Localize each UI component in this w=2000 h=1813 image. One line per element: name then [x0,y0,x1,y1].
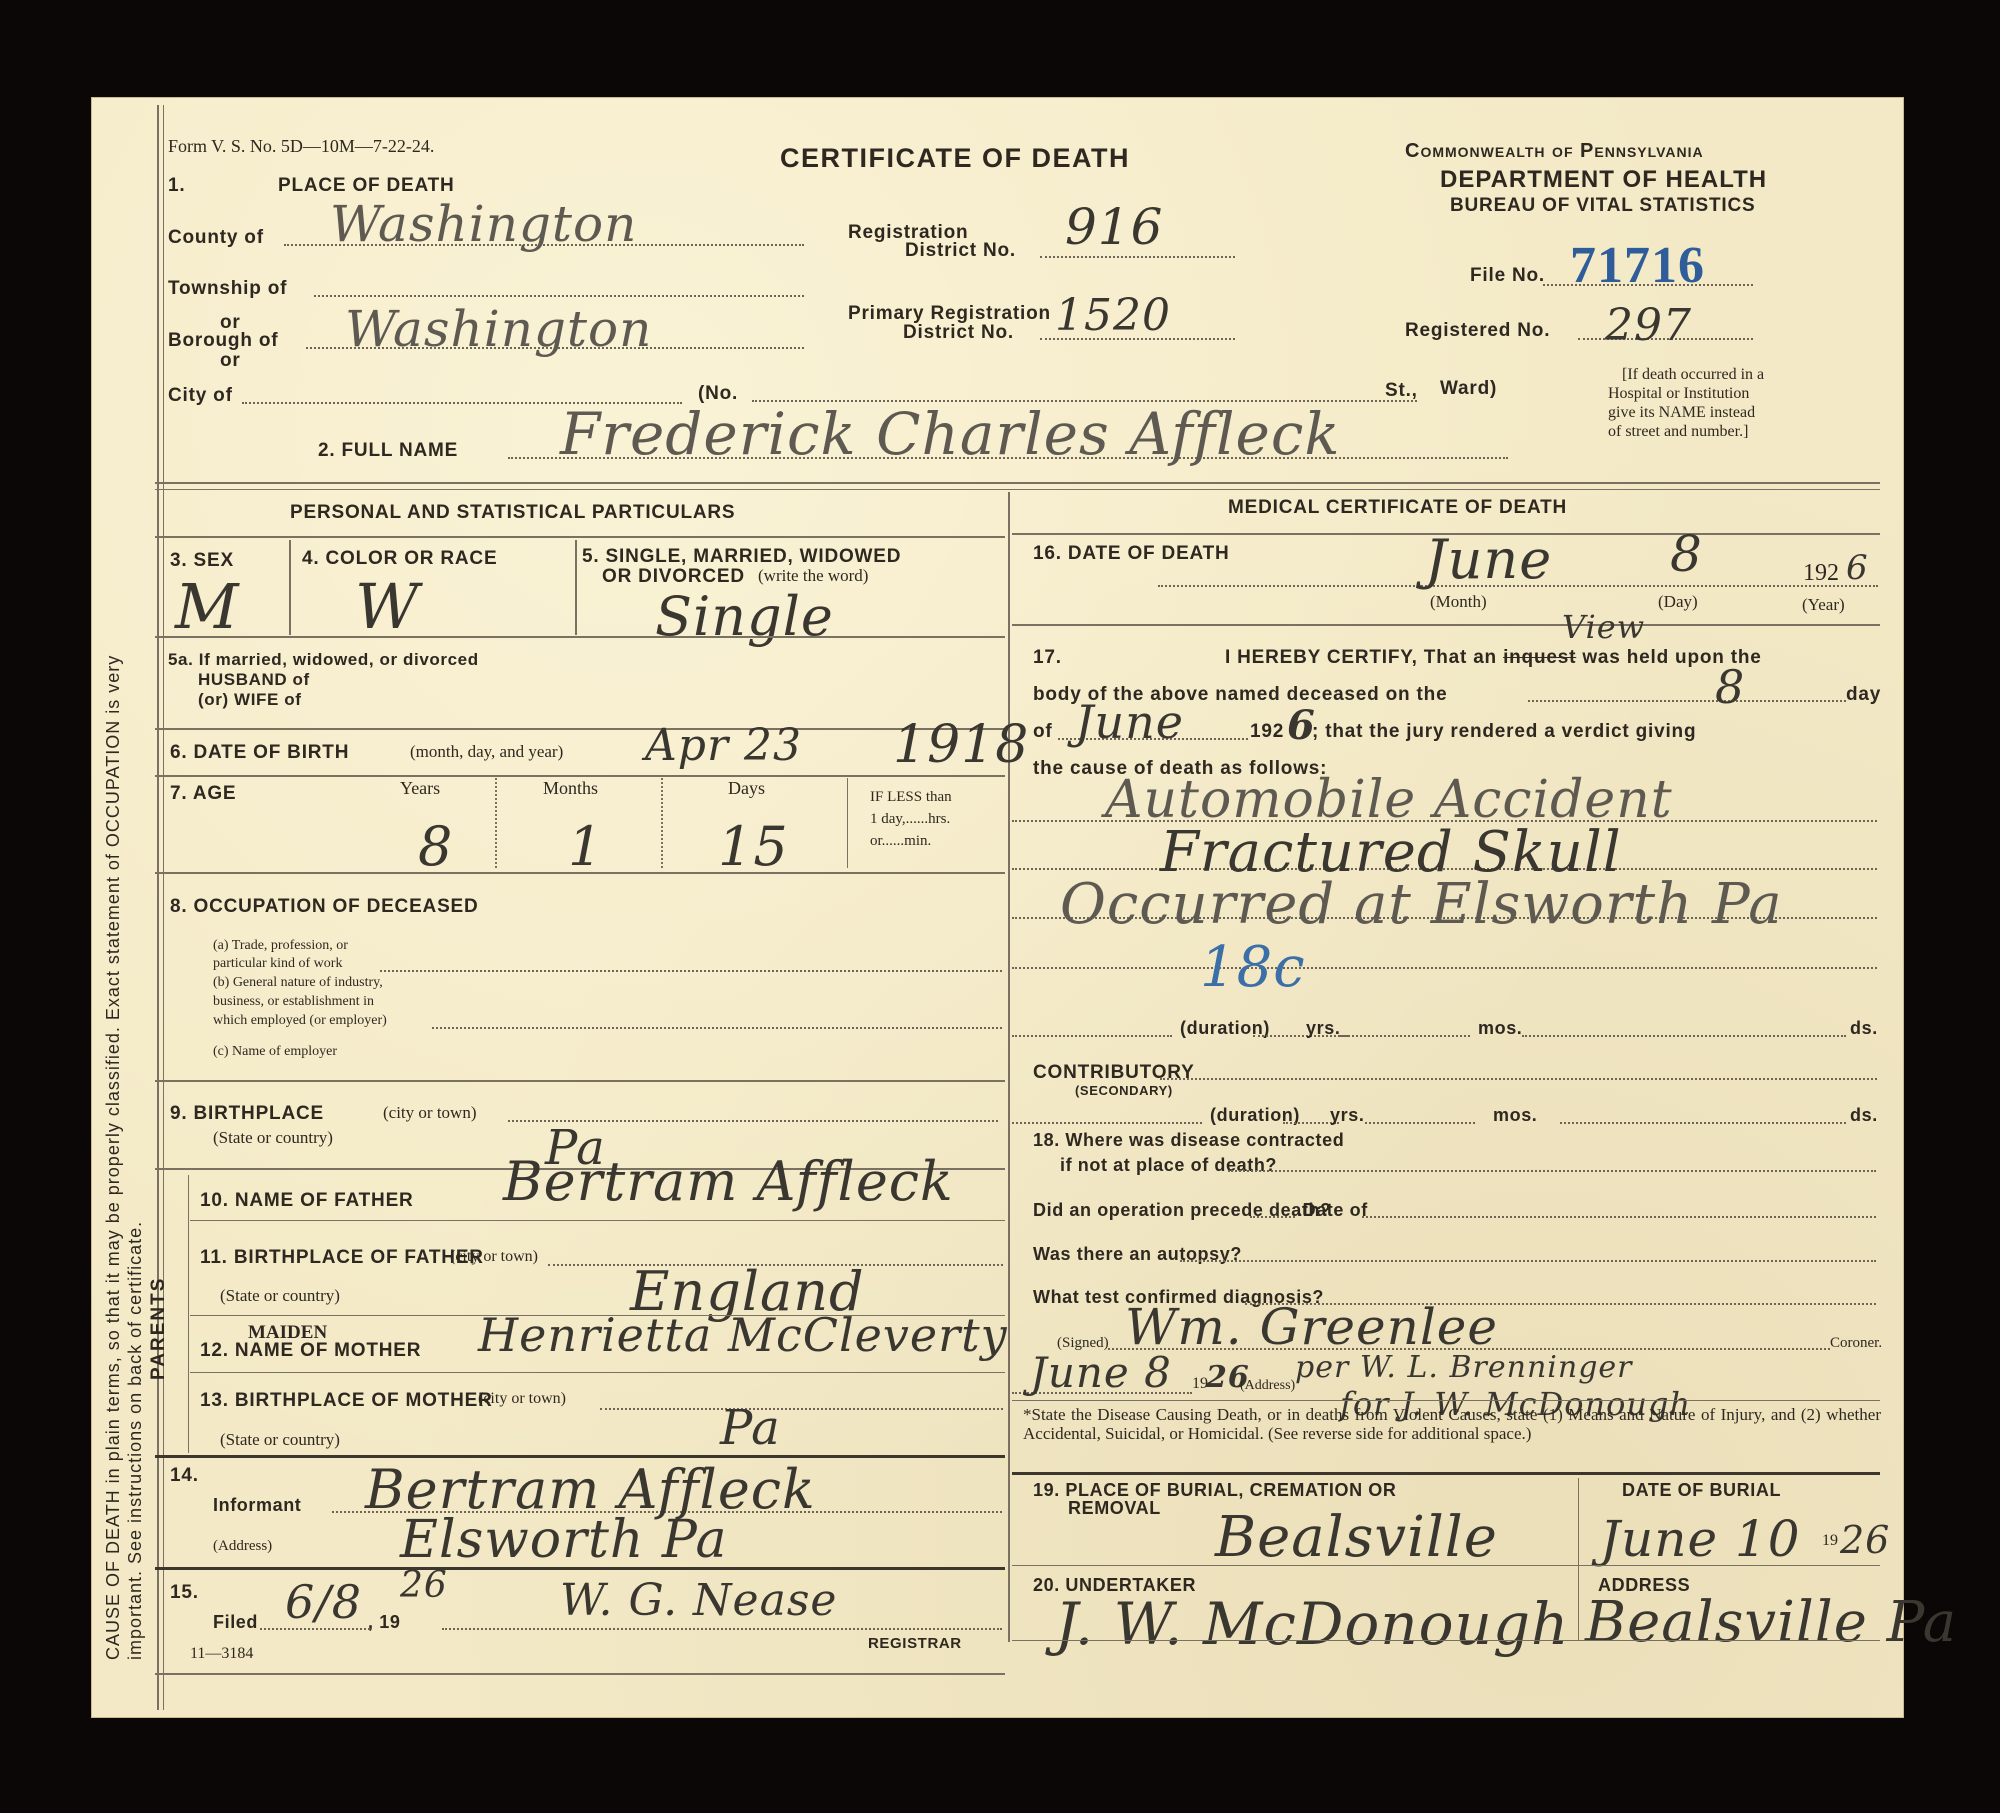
undertaker-rule [1012,1640,1880,1641]
hospital-note: [If death occurred in a Hospital or Inst… [1608,365,1764,441]
parents-side-label: PARENTS [148,1277,170,1380]
dob-month-day: Apr 23 [645,720,802,771]
cause-value-3: Occurred at Elsworth Pa [1060,872,1783,937]
form-number: Form V. S. No. 5D—10M—7-22-24. [168,136,434,157]
father-label: 10. NAME OF FATHER [200,1190,414,1212]
occupation-rule [155,1080,1005,1082]
print-code: 11—3184 [190,1645,253,1663]
county-value: Washington [330,195,637,253]
mother-bp-state-hint: (State or country) [220,1430,340,1450]
registered-no-value: 297 [1605,300,1692,351]
header-rule-2 [155,489,1880,490]
sex-value: M [175,570,239,643]
margin-line-2: important. See instructions on back of c… [124,160,146,1660]
body-day-line [1528,700,1846,702]
filed-date-value: 6/8 [285,1575,362,1629]
burial-date-value: June 10 [1600,1510,1801,1568]
medical-heading: MEDICAL CERTIFICATE OF DEATH [1228,497,1567,519]
ward-label: Ward) [1440,378,1497,400]
age-less-2: 1 day,......hrs. [870,810,950,828]
undertaker-address-value: Bealsville Pa [1585,1590,1957,1655]
birthplace-label: 9. BIRTHPLACE [170,1103,324,1125]
death-day-value: 8 [1670,525,1703,583]
hospital-note-1: [If death occurred in a [1608,365,1764,384]
mother-bp-value: Pa [720,1400,781,1456]
cause-line-4 [1012,967,1877,969]
race-value: W [355,570,420,643]
spouse-rule [155,728,1005,730]
marital-label-1: 5. SINGLE, MARRIED, WIDOWED [582,546,901,568]
spouse-label-3: (or) WIFE of [198,690,302,710]
yrs-label-1: yrs. [1306,1018,1340,1039]
parents-divider [188,1175,189,1453]
footnote-rule [1012,1472,1880,1475]
age-years-label: Years [400,778,440,799]
filed-number: 15. [170,1582,199,1604]
filed-label: Filed [213,1612,258,1633]
burial-divider [1578,1478,1579,1640]
age-months-label: Months [543,778,598,799]
autopsy-line [1180,1260,1876,1262]
occupation-b-line [432,1027,1002,1029]
q18-line [1228,1170,1876,1172]
borough-value: Washington [345,300,652,358]
dob-label: 6. DATE OF BIRTH [170,742,349,764]
age-less-1: IF LESS than [870,788,952,806]
age-days-value: 15 [718,815,789,878]
hospital-note-3: give its NAME instead [1608,403,1764,422]
occupation-b-1: (b) General nature of industry, [213,974,383,992]
registration-district-label-2: District No. [905,240,1016,262]
age-divider-1 [495,778,497,868]
registration-district-line [1040,256,1235,258]
age-divider-2 [661,778,663,868]
registered-no-label: Registered No. [1405,320,1550,342]
primary-district-label-2: District No. [903,322,1014,344]
burial-rule [1012,1565,1880,1566]
filed-year-value: 26 [400,1565,448,1606]
occupation-b-3: which employed (or employer) [213,1012,387,1030]
street-label: St., [1385,380,1418,402]
file-no-label: File No. [1470,265,1545,287]
cause-code: 18c [1200,935,1306,1000]
signed-address-label: (Address) [1240,1378,1295,1394]
informant-address-value: Elsworth Pa [400,1510,728,1570]
certify-inserted-word: View [1562,608,1645,646]
county-label: County of [168,227,264,249]
dob-rule [155,775,1005,777]
spouse-label-2: HUSBAND of [198,670,310,690]
township-label: Township of [168,278,287,300]
sex-row-rule [155,636,1005,638]
occupation-c: (c) Name of employer [213,1043,337,1061]
age-divider-3 [847,778,848,868]
of-year-prefix: 192 [1250,721,1284,743]
mother-bp-hint: (city or town) [478,1390,566,1408]
informant-number: 14. [170,1465,199,1487]
spouse-label-1: 5a. If married, widowed, or divorced [168,650,479,670]
signed-date-value: June 8 [1030,1348,1172,1397]
file-no-stamp: 71716 [1570,236,1705,295]
hospital-note-2: Hospital or Institution [1608,384,1764,403]
hospital-note-4: of street and number.] [1608,422,1764,441]
occupation-a-line [380,970,1002,972]
burial-place-label-2: REMOVAL [1068,1498,1161,1519]
mother-bp-label: 13. BIRTHPLACE OF MOTHER [200,1390,493,1412]
margin-instructions: CAUSE OF DEATH in plain terms, so that i… [102,160,146,1660]
sex-label: 3. SEX [170,550,234,572]
duration-line-2c [1365,1122,1475,1124]
full-name-label: 2. FULL NAME [318,440,458,462]
township-line [314,295,804,297]
contributory-label: CONTRIBUTORY [1033,1062,1195,1084]
registrar-label: REGISTRAR [868,1635,962,1652]
verdict-text: ; that the jury rendered a verdict givin… [1312,721,1696,743]
body-day-value: 8 [1715,660,1745,714]
duration-line-2d [1560,1122,1846,1124]
or-label-2: or [220,350,241,372]
birthplace-hint: (city or town) [383,1103,476,1123]
death-year-prefix: 192 [1803,560,1839,587]
duration-line-1a [1012,1035,1172,1037]
sex-divider [289,540,291,635]
duration-line-1d [1522,1035,1846,1037]
age-rule [155,872,1005,874]
signed-rule [1012,1400,1880,1401]
mother-rule [190,1372,1005,1373]
occupation-a-1: (a) Trade, profession, or [213,937,348,955]
certificate-title: CERTIFICATE OF DEATH [780,143,1130,174]
age-months-value: 1 [568,815,603,878]
coroner-label: Coroner. [1830,1335,1882,1352]
filed-rule [155,1673,1005,1675]
undertaker-value: J. W. McDonough [1055,1590,1569,1658]
primary-district-value: 1520 [1055,290,1171,341]
personal-heading: PERSONAL AND STATISTICAL PARTICULARS [290,502,735,524]
mother-bp-line [600,1408,1003,1410]
commonwealth-text: Commonwealth of Pennsylvania [1405,140,1704,162]
mother-label: 12. NAME OF MOTHER [200,1340,421,1362]
marital-hint: (write the word) [758,566,868,586]
burial-year-value: 26 [1840,1518,1890,1562]
full-name-value: Frederick Charles Affleck [560,400,1341,468]
father-rule [190,1220,1005,1221]
death-year-value: 6 [1846,548,1869,588]
contributory-line [1160,1078,1877,1080]
father-bp-state-hint: (State or country) [220,1286,340,1306]
father-value: Bertram Affleck [503,1150,954,1213]
informant-address-label: (Address) [213,1537,272,1555]
dob-year: 1918 [893,715,1029,775]
bureau-label: BUREAU OF VITAL STATISTICS [1450,195,1755,217]
father-bp-label: 11. BIRTHPLACE OF FATHER [200,1247,484,1269]
age-years-value: 8 [418,815,453,878]
age-days-label: Days [728,778,765,799]
burial-date-label: DATE OF BURIAL [1622,1480,1781,1501]
commonwealth-label: Commonwealth of Pennsylvania [1405,140,1704,163]
header-rule-1 [155,482,1880,484]
race-label: 4. COLOR OR RACE [302,548,497,570]
informant-label: Informant [213,1495,301,1516]
birthplace-state-hint: (State or country) [213,1128,333,1148]
place-of-death-number: 1. [168,175,185,197]
department-label: DEPARTMENT OF HEALTH [1440,166,1767,194]
date-of-death-label: 16. DATE OF DEATH [1033,543,1230,565]
margin-divider-inner [163,105,164,1710]
father-bp-hint: (city or town) [450,1248,538,1266]
dob-hint: (month, day, and year) [410,742,563,762]
ds-label-2: ds. [1850,1105,1878,1126]
margin-divider [157,105,159,1710]
center-divider [1008,492,1010,1642]
margin-line-1: CAUSE OF DEATH in plain terms, so that i… [102,160,124,1660]
city-label: City of [168,385,233,407]
footnote-text: *State the Disease Causing Death, or in … [1023,1405,1881,1443]
death-month-value: June [1425,528,1552,591]
duration-line-1c [1340,1035,1470,1037]
certify-statement: I HEREBY CERTIFY, That an inquest was he… [1225,647,1762,669]
q18-label-1: 18. Where was disease contracted [1033,1130,1344,1151]
age-label: 7. AGE [170,783,236,805]
occupation-b-2: business, or establishment in [213,993,374,1011]
ds-label-1: ds. [1850,1018,1878,1039]
occupation-label: 8. OCCUPATION OF DECEASED [170,896,479,918]
certify-struck-word: inquest [1503,647,1576,668]
age-less-3: or......min. [870,832,931,850]
occupation-a-2: particular kind of work [213,955,342,973]
operation-date-line [1362,1216,1876,1218]
yrs-label-2: yrs. [1330,1105,1364,1126]
mos-label-1: mos. [1478,1018,1522,1039]
signed-by-value: Wm. Greenlee [1125,1298,1498,1356]
personal-rule [155,536,1005,538]
registrar-signature: W. G. Nease [560,1575,837,1626]
signed-address-line-1: per W. L. Brenninger [1295,1350,1633,1385]
registration-district-value: 916 [1065,198,1163,256]
duration-line-2a [1012,1122,1202,1124]
filed-year-prefix: , 19 [368,1612,400,1633]
informant-rule [155,1567,1005,1570]
of-label: of [1033,721,1053,743]
certify-number: 17. [1033,647,1062,669]
certify-text-1: I HEREBY CERTIFY, That an [1225,647,1497,668]
month-label: (Month) [1430,592,1487,612]
registrar-line [442,1628,1002,1630]
race-divider [575,540,577,635]
operation-line [1250,1216,1295,1218]
burial-year-prefix: 19 [1822,1532,1838,1550]
marital-value: Single [655,585,834,648]
borough-label: Borough of [168,330,278,352]
operation-date-label: .Date of [1297,1200,1368,1221]
body-day-suffix: day [1846,684,1881,706]
year-label: (Year) [1802,595,1845,615]
q18-label-2: if not at place of death? [1060,1155,1277,1176]
of-month-value: June [1075,695,1184,749]
day-label: (Day) [1658,592,1698,612]
burial-place-value: Bealsville [1215,1505,1498,1570]
secondary-label: (SECONDARY) [1075,1083,1173,1098]
mos-label-2: mos. [1493,1105,1537,1126]
mother-value: Henrietta McCleverty [478,1308,1008,1362]
place-of-death-heading: PLACE OF DEATH [278,175,455,197]
date-of-death-rule [1012,624,1880,626]
